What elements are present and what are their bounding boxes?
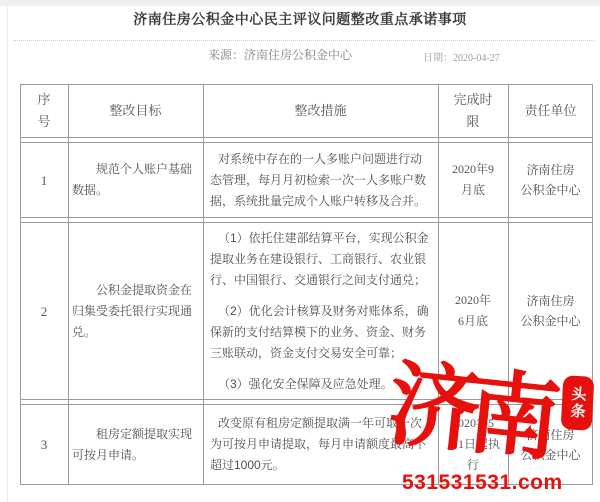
title-separator — [14, 40, 594, 41]
measure-paragraph: 对系统中存在的一人多账户问题进行动态管理，每月月初检索一次一人多账户数据，系统批… — [210, 149, 431, 212]
table-vline — [20, 84, 21, 485]
row-number: 1 — [20, 143, 68, 217]
deadline-cell: 2020年9 月底 — [438, 143, 508, 217]
page-title: 济南住房公积金中心民主评议问题整改重点承诺事项 — [0, 9, 600, 29]
goal-cell: 租房定额提取实现可按月申请。 — [68, 405, 203, 484]
row-number: 2 — [20, 223, 68, 399]
unit-cell: 济南住房 公积金中心 — [508, 143, 593, 217]
table-vline — [592, 84, 593, 485]
header-deadline: 完成时 限 — [438, 85, 508, 137]
measures-cell: 对系统中存在的一人多账户问题进行动态管理，每月月初检索一次一人多账户数据，系统批… — [203, 143, 438, 217]
goal-text: 规范个人账户基础数据。 — [69, 159, 202, 201]
date-prefix: 日期： — [423, 53, 453, 64]
goal-text: 租房定额提取实现可按月申请。 — [69, 424, 202, 466]
goal-cell: 公积金提取资金在归集受委托银行实现通兑。 — [68, 223, 203, 399]
source-label: 来源：济南住房公积金中心 — [208, 46, 352, 63]
goal-cell: 规范个人账户基础数据。 — [68, 143, 203, 217]
toutiao-seal: 头条 — [561, 375, 595, 431]
header-unit: 责任单位 — [508, 85, 593, 137]
header-no: 序 号 — [20, 85, 68, 137]
goal-text: 公积金提取资金在归集受委托银行实现通兑。 — [69, 280, 202, 343]
watermark-jinan-text: 济南 — [384, 358, 553, 466]
measure-paragraph: （3）强化安全保障及应急处理。 — [210, 374, 393, 395]
page-left-border — [7, 6, 8, 502]
top-strip — [0, 0, 600, 6]
header-goal: 整改目标 — [68, 85, 203, 137]
table-vline — [68, 84, 69, 485]
date-label: 日期：2020-04-27 — [423, 49, 500, 64]
row-number: 3 — [20, 405, 68, 484]
measure-paragraph: （1）依托住建部结算平台，实现公积金提取业务在建设银行、工商银行、农业银行、中国… — [210, 228, 431, 291]
watermark-url: 531531531.com — [402, 471, 563, 495]
toutiao-seal-text: 头条 — [569, 386, 586, 421]
table-vline — [203, 84, 204, 485]
header-measures: 整改措施 — [203, 85, 438, 137]
date-value: 2020-04-27 — [453, 53, 500, 64]
